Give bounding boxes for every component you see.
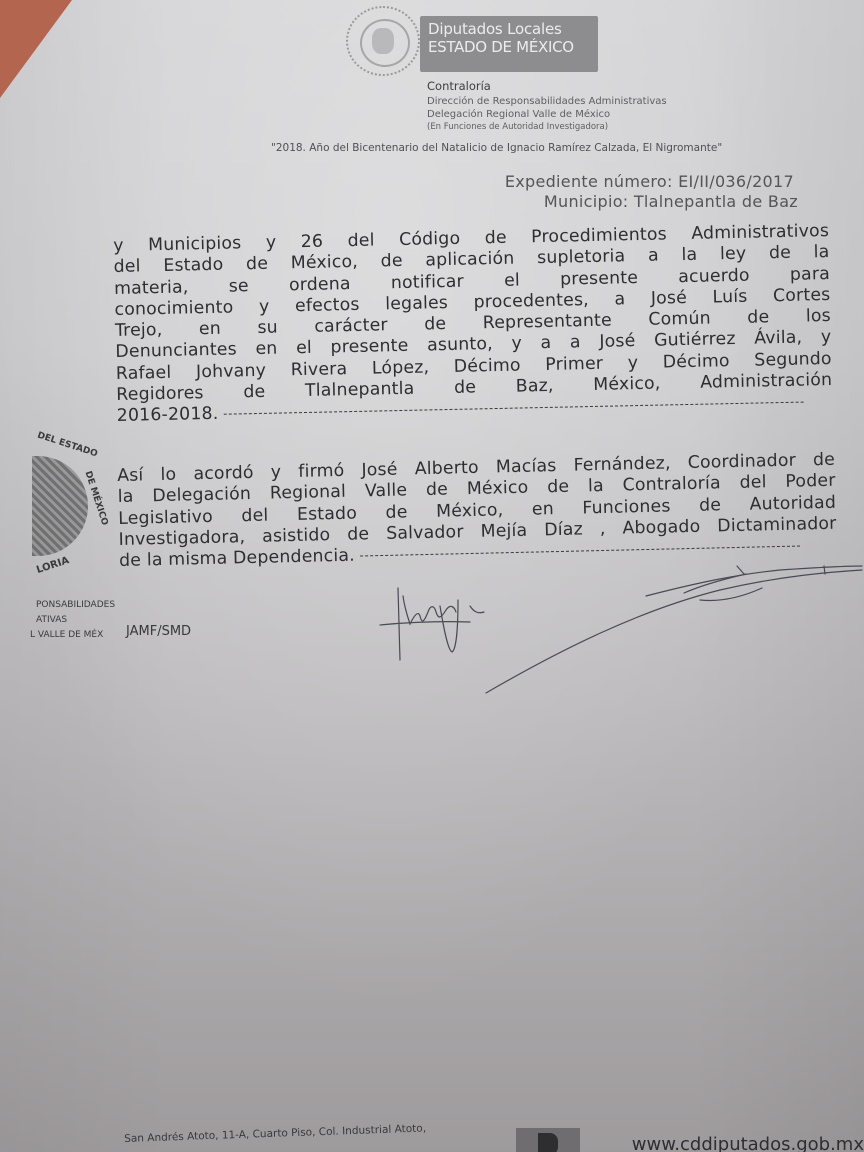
municipality: Municipio: Tlalnepantla de Baz bbox=[505, 192, 798, 212]
subdepartment-3: (En Funciones de Autoridad Investigadora… bbox=[427, 121, 667, 133]
stamp-line-2: ATIVAS bbox=[36, 615, 67, 625]
fill-dashes bbox=[224, 401, 804, 414]
text-line-content: 2016-2018. bbox=[117, 404, 219, 426]
department-title: Contraloría bbox=[427, 79, 667, 93]
background-corner bbox=[0, 0, 80, 100]
text-line-content: de la misma Dependencia. bbox=[119, 546, 355, 571]
footer-logo-icon bbox=[516, 1128, 580, 1152]
congress-seal-icon bbox=[346, 6, 420, 76]
footer-website: www.cddiputados.gob.mx bbox=[632, 1134, 864, 1152]
subdepartment-1: Dirección de Responsabilidades Administr… bbox=[427, 95, 667, 108]
stamp-line-3: L VALLE DE MÉX bbox=[30, 630, 103, 640]
signature-2 bbox=[486, 566, 862, 693]
brand-line2: ESTADO DE MÉXICO bbox=[428, 38, 592, 56]
year-motto: "2018. Año del Bicentenario del Natalici… bbox=[271, 142, 722, 154]
case-number: Expediente número: EI/II/036/2017 bbox=[505, 172, 794, 192]
fill-dashes bbox=[361, 545, 801, 556]
footer-address: San Andrés Atoto, 11-A, Cuarto Piso, Col… bbox=[124, 1122, 426, 1145]
subdepartment-2: Delegación Regional Valle de México bbox=[427, 108, 667, 121]
stamp-line-1: PONSABILIDADES bbox=[36, 600, 115, 610]
brand-logo: Diputados Locales ESTADO DE MÉXICO bbox=[420, 16, 598, 72]
paragraph-signature-clause: Así lo acordó y firmó José Alberto Macía… bbox=[117, 450, 837, 573]
department-block: Contraloría Dirección de Responsabilidad… bbox=[427, 79, 667, 133]
case-reference: Expediente número: EI/II/036/2017 Munici… bbox=[505, 172, 794, 212]
paragraph-notification: y Municipios y 26 del Código de Procedim… bbox=[113, 221, 833, 428]
signature-1 bbox=[380, 588, 484, 660]
initials-reference: JAMF/SMD bbox=[126, 624, 191, 639]
brand-line1: Diputados Locales bbox=[428, 20, 592, 38]
stamp-emblem-icon bbox=[32, 456, 88, 556]
